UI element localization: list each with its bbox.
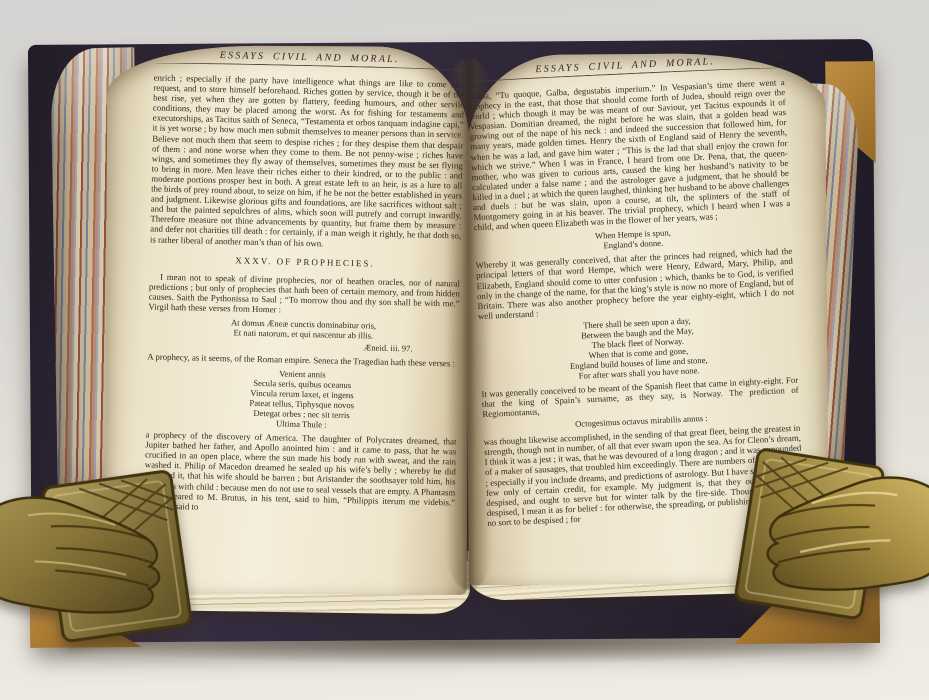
brass-hand-clip-left	[0, 467, 196, 653]
page-number-right: 69	[757, 54, 783, 65]
essay-heading: XXXV. OF PROPHECIES.	[149, 253, 460, 270]
paragraph-whereby: Whereby it was generally conceived, that…	[475, 246, 794, 321]
verse-seneca: Venient annis Secula seris, quibus ocean…	[146, 366, 458, 433]
paragraph-america: a prophecy of the discovery of America. …	[144, 429, 457, 517]
head-spacer	[439, 63, 465, 64]
book-photo: 68 ESSAYS CIVIL AND MORAL. enrich ; espe…	[0, 0, 929, 700]
brass-hand-clip-right	[730, 439, 929, 636]
left-page-text: 68 ESSAYS CIVIL AND MORAL. enrich ; espe…	[144, 49, 465, 521]
paragraph-galba: Galba, “Tu quoque, Galba, degustabis imp…	[468, 77, 791, 233]
paragraph-riches: enrich ; especially if the party have in…	[150, 73, 465, 252]
head-spacer	[467, 74, 493, 75]
verse-norway: There shall be seen upon a day, Between …	[478, 311, 797, 385]
paragraph-prophecies-intro: I mean not to speak of divine prophecies…	[148, 271, 460, 318]
page-number-left: 68	[154, 50, 180, 61]
